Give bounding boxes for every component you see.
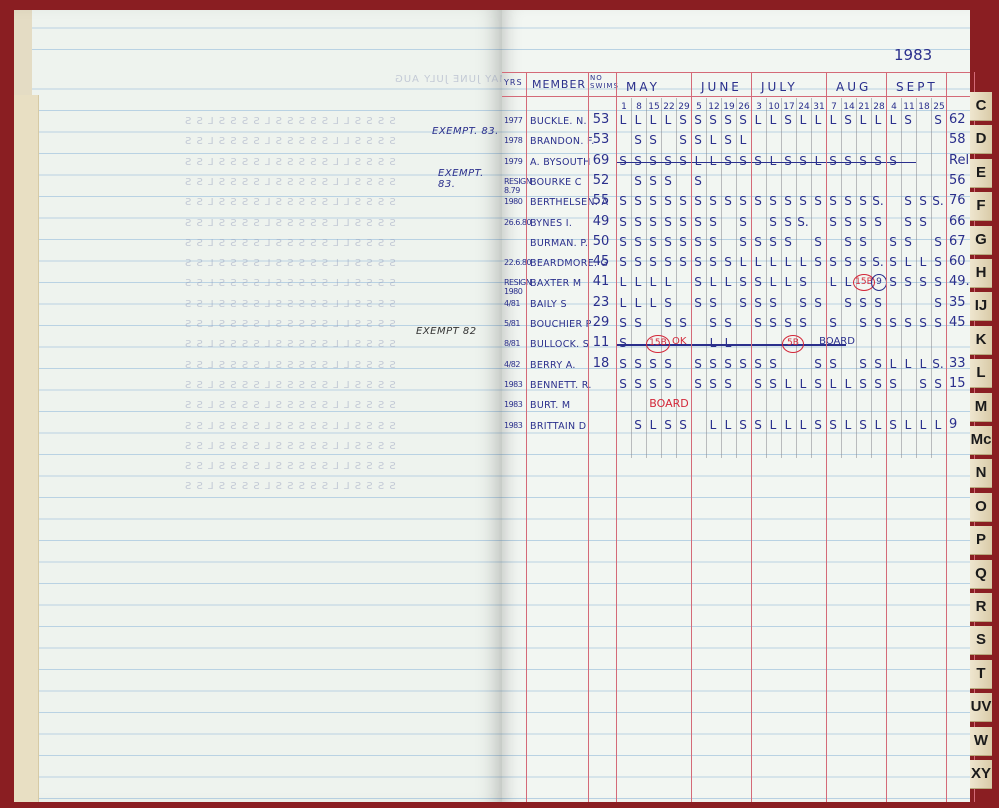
attendance-mark: L (931, 418, 945, 432)
attendance-mark: S (631, 133, 645, 147)
bleed-through-row: S S S S L L S S S S S L S S S S L S S (184, 481, 396, 492)
attendance-mark: L (766, 275, 780, 289)
ledger-spine (992, 0, 999, 808)
attendance-mark: S (661, 174, 675, 188)
member-joined-year: 1983 (504, 421, 528, 430)
bleed-through-row: S S S S L L S S S S S L S S S S L S S (184, 339, 396, 350)
member-joined-year: 22.6.80 (504, 258, 528, 267)
bleed-through-row: S S S S L L S S S S S L S S S S L S S (184, 400, 396, 411)
exempt-note-1: EXEMPT. 83. (432, 126, 499, 137)
month-sept: SEPT (896, 80, 938, 94)
member-row: 1983BURT. MBOARD (502, 395, 970, 415)
attendance-mark: S (886, 154, 900, 168)
attendance-mark: S (661, 215, 675, 229)
member-swim-count: 52 (590, 173, 612, 188)
attendance-mark: S (856, 194, 870, 208)
index-tab-ij[interactable]: IJ (970, 292, 992, 321)
index-tab-xy[interactable]: XY (970, 760, 992, 789)
attendance-mark: S (871, 357, 885, 371)
attendance-mark: S (766, 357, 780, 371)
attendance-mark: L (841, 418, 855, 432)
attendance-mark: S (661, 194, 675, 208)
member-row: 4/81BAILY S23LLLSSSSSSSSSSSS35 (502, 294, 970, 314)
attendance-mark: S (826, 357, 840, 371)
attendance-mark: S (826, 194, 840, 208)
index-tab-h[interactable]: H (970, 259, 992, 288)
attendance-mark: S (751, 235, 765, 249)
attendance-mark: L (871, 418, 885, 432)
attendance-mark: S (856, 418, 870, 432)
member-joined-year: 1983 (504, 400, 528, 409)
index-tab-t[interactable]: T (970, 660, 992, 689)
attendance-mark: S (706, 357, 720, 371)
index-tab-g[interactable]: G (970, 226, 992, 255)
attendance-mark: S (766, 215, 780, 229)
attendance-mark: S (721, 357, 735, 371)
attendance-mark: L (841, 377, 855, 391)
attendance-mark: S (706, 194, 720, 208)
attendance-mark: S (751, 357, 765, 371)
attendance-mark: L (796, 113, 810, 127)
bleed-through-row: S S S S L L S S S S S L S S S S L S S (184, 218, 396, 229)
attendance-mark: S (721, 194, 735, 208)
attendance-mark: L (691, 154, 705, 168)
attendance-mark: S (931, 296, 945, 310)
attendance-mark: S (736, 235, 750, 249)
index-tab-mc[interactable]: Mc (970, 426, 992, 455)
attendance-mark: S (871, 377, 885, 391)
attendance-mark: S (631, 418, 645, 432)
member-swim-count: 23 (590, 295, 612, 310)
attendance-mark: L (886, 113, 900, 127)
attendance-mark: S (676, 255, 690, 269)
attendance-mark: S (661, 316, 675, 330)
attendance-mark: L (751, 113, 765, 127)
attendance-mark: S (631, 194, 645, 208)
bleed-through-row: S S S S L L S S S S S L S S S S L S S (184, 299, 396, 310)
attendance-mark: S (691, 174, 705, 188)
attendance-mark: S (646, 194, 660, 208)
member-row: RESIGN 1980BAXTER M41LLLLSLLSSLLSLL15B9S… (502, 273, 970, 293)
member-row: 1977BUCKLE. N.53LLLLSSSSSLLSLLLSLLLSS62 (502, 111, 970, 131)
attendance-mark: S (886, 377, 900, 391)
member-name: BENNETT. R. (530, 380, 620, 391)
member-swim-count: 69 (590, 153, 612, 168)
attendance-mark: S (721, 377, 735, 391)
strike-through-line (616, 162, 916, 164)
index-tab-q[interactable]: Q (970, 560, 992, 589)
attendance-mark: S (631, 235, 645, 249)
attendance-mark: S (781, 113, 795, 127)
month-july: JULY (761, 80, 798, 94)
member-row: 1983BRITTAIN DSLSSLLSSLLLSSLSLSLLL9 (502, 416, 970, 436)
attendance-mark: S (916, 275, 930, 289)
swim-circle: 9 (871, 274, 887, 291)
attendance-mark: S (901, 235, 915, 249)
attendance-mark: L (706, 275, 720, 289)
attendance-mark: S (796, 154, 810, 168)
attendance-mark: L (916, 357, 930, 371)
bleed-through-row: S S S S L L S S S S S L S S S S L S S (184, 441, 396, 452)
attendance-mark: L (631, 275, 645, 289)
attendance-mark: S (916, 377, 930, 391)
attendance-mark: S (616, 154, 630, 168)
attendance-mark: L (916, 255, 930, 269)
attendance-mark: S (721, 316, 735, 330)
attendance-mark: S (856, 357, 870, 371)
bleed-through-row: S S S S L L S S S S S L S S S S L S S (184, 380, 396, 391)
attendance-mark: S (631, 154, 645, 168)
attendance-mark: S (736, 275, 750, 289)
index-tab-n[interactable]: N (970, 459, 992, 488)
index-tab-o[interactable]: O (970, 493, 992, 522)
member-name: BURT. M (530, 400, 620, 411)
attendance-mark: L (661, 113, 675, 127)
member-row: 8/81BULLOCK. S11SLL15BOK5BBOARD (502, 334, 970, 354)
attendance-mark: S (676, 194, 690, 208)
board-note: BOARD (644, 397, 694, 410)
attendance-mark: S (886, 418, 900, 432)
board-note: BOARD (812, 336, 862, 347)
attendance-mark: S (781, 215, 795, 229)
attendance-mark: S (841, 215, 855, 229)
attendance-mark: S. (931, 194, 945, 208)
attendance-mark: L (901, 255, 915, 269)
month-aug: AUG (836, 80, 871, 94)
attendance-mark: S (751, 377, 765, 391)
attendance-mark: S (856, 235, 870, 249)
bleed-through-row: S S S S L L S S S S S L S S S S L S S (184, 461, 396, 472)
member-joined-year: 5/81 (504, 319, 528, 328)
bleed-through-row: S S S S L L S S S S S L S S S S L S S (184, 136, 396, 147)
attendance-mark: S (736, 357, 750, 371)
attendance-mark: S (691, 275, 705, 289)
attendance-mark: S (736, 154, 750, 168)
attendance-mark: S (646, 357, 660, 371)
index-tab-s[interactable]: S (970, 626, 992, 655)
attendance-mark: L (721, 418, 735, 432)
attendance-mark: S (616, 215, 630, 229)
attendance-mark: S (631, 215, 645, 229)
attendance-mark: S (736, 113, 750, 127)
ledger-year: 1983 (894, 46, 932, 64)
member-row: 26.6.80BYNES I.49SSSSSSSSSSS.SSSSSS66 (502, 213, 970, 233)
index-tab-k[interactable]: K (970, 326, 992, 355)
attendance-mark: S (676, 418, 690, 432)
attendance-mark: S (796, 296, 810, 310)
attendance-mark: S (811, 235, 825, 249)
attendance-mark: L (796, 377, 810, 391)
attendance-mark: S (616, 235, 630, 249)
member-joined-year: 26.6.80 (504, 218, 528, 227)
attendance-mark: L (646, 275, 660, 289)
attendance-mark: S (646, 235, 660, 249)
attendance-mark: S (736, 418, 750, 432)
attendance-mark: S (871, 296, 885, 310)
index-tab-r[interactable]: R (970, 593, 992, 622)
attendance-mark: L (646, 296, 660, 310)
attendance-mark: S (856, 215, 870, 229)
header-num-swims: NO SWIMS (590, 74, 614, 90)
attendance-mark: S (691, 296, 705, 310)
attendance-mark: S (646, 215, 660, 229)
member-name: BRITTAIN D (530, 421, 620, 432)
member-row: 1978BRANDON. F.53SSSSLSL58 (502, 131, 970, 151)
attendance-mark: S (706, 235, 720, 249)
bleed-through-row: S S S S L L S S S S S L S S S S L S S (184, 360, 396, 371)
member-swim-count: 49 (590, 214, 612, 229)
member-row: 1979A. BYSOUTH69SSSSSLLSSSLSSLSSSSSRel (502, 152, 970, 172)
index-tab-d[interactable]: D (970, 125, 992, 154)
attendance-mark: S (751, 275, 765, 289)
attendance-mark: S (811, 255, 825, 269)
attendance-mark: S (616, 336, 630, 350)
attendance-mark: S (886, 255, 900, 269)
member-swim-count: 55 (590, 193, 612, 208)
attendance-mark: S (676, 235, 690, 249)
attendance-mark: L (631, 113, 645, 127)
attendance-mark: S (646, 133, 660, 147)
index-tab-p[interactable]: P (970, 526, 992, 555)
attendance-mark: S (751, 154, 765, 168)
attendance-mark: S (751, 296, 765, 310)
index-tab-f[interactable]: F (970, 192, 992, 221)
attendance-mark: S (901, 194, 915, 208)
attendance-mark: S (901, 113, 915, 127)
attendance-mark: L (871, 113, 885, 127)
attendance-mark: S (721, 154, 735, 168)
board-circle: 15B (646, 335, 670, 353)
bleed-through-row: S S S S L L S S S S S L S S S S L S S (184, 319, 396, 330)
attendance-mark: S (631, 316, 645, 330)
attendance-mark: S (766, 377, 780, 391)
attendance-mark: S (646, 255, 660, 269)
attendance-mark: L (751, 255, 765, 269)
attendance-mark: L (766, 418, 780, 432)
attendance-mark: S (676, 113, 690, 127)
member-row: 22.6.80BEARDMORE. G45SSSSSSSSLLLLLSSSSS.… (502, 253, 970, 273)
attendance-mark: S (856, 377, 870, 391)
attendance-mark: S (661, 235, 675, 249)
header-years: YRS (504, 78, 523, 87)
index-tab-w[interactable]: W (970, 727, 992, 756)
attendance-mark: S (931, 275, 945, 289)
attendance-mark: S (916, 215, 930, 229)
attendance-mark: S (751, 418, 765, 432)
attendance-mark: S. (871, 194, 885, 208)
attendance-mark: S (736, 296, 750, 310)
attendance-mark: L (811, 154, 825, 168)
attendance-mark: S. (931, 357, 945, 371)
attendance-mark: S (616, 357, 630, 371)
attendance-mark: L (826, 377, 840, 391)
attendance-mark: L (616, 113, 630, 127)
attendance-mark: L (646, 418, 660, 432)
index-tab-l[interactable]: L (970, 359, 992, 388)
attendance-mark: S (661, 255, 675, 269)
attendance-mark: S (616, 255, 630, 269)
member-joined-year: 4/81 (504, 299, 528, 308)
index-tab-e[interactable]: E (970, 159, 992, 188)
member-swim-count: 41 (590, 274, 612, 289)
attendance-mark: L (766, 113, 780, 127)
attendance-mark: S (691, 215, 705, 229)
left-page: YRS MEMBER NO SWIMS MAY JUNE JULY AUG S … (14, 10, 502, 802)
attendance-mark: S (841, 235, 855, 249)
member-row: 4/82BERRY A.18SSSSSSSSSSSSSSLLLS.33 (502, 355, 970, 375)
attendance-mark: S (691, 377, 705, 391)
ok-note: OK (672, 336, 686, 347)
attendance-mark: S (931, 235, 945, 249)
member-joined-year: 1980 (504, 197, 528, 206)
attendance-mark: S (856, 255, 870, 269)
attendance-mark: S (901, 215, 915, 229)
attendance-mark: S (781, 235, 795, 249)
attendance-mark: L (646, 113, 660, 127)
member-row: BURMAN. P.50SSSSSSSSSSSSSSSSS67 (502, 233, 970, 253)
member-swim-count: 29 (590, 315, 612, 330)
attendance-mark: S (841, 113, 855, 127)
attendance-mark: S (646, 154, 660, 168)
attendance-mark: L (781, 255, 795, 269)
attendance-mark: S (781, 316, 795, 330)
index-tab-c[interactable]: C (970, 92, 992, 121)
member-swim-count: 11 (590, 335, 612, 350)
attendance-mark: S (661, 154, 675, 168)
attendance-mark: S (616, 316, 630, 330)
attendance-mark: S (691, 113, 705, 127)
attendance-mark: S (811, 357, 825, 371)
bleed-through-row: S S S S L L S S S S S L S S S S L S S (184, 238, 396, 249)
attendance-mark: S (811, 194, 825, 208)
attendance-mark: L (901, 357, 915, 371)
member-row: 1980BERTHELSEN. A55SSSSSSSSSSSSSSSSSS.SS… (502, 192, 970, 212)
attendance-mark: S (811, 377, 825, 391)
member-joined-year: 1979 (504, 157, 528, 166)
attendance-mark: L (721, 336, 735, 350)
attendance-mark: S (931, 377, 945, 391)
attendance-mark: S (901, 275, 915, 289)
attendance-mark: S (661, 377, 675, 391)
bleed-through-row: S S S S L L S S S S S L S S S S L S S (184, 177, 396, 188)
bleed-through-row: S S S S L L S S S S S L S S S S L S S (184, 258, 396, 269)
attendance-mark: S (661, 357, 675, 371)
member-swim-count: 45 (590, 254, 612, 269)
attendance-mark: S (691, 357, 705, 371)
member-joined-year: 4/82 (504, 360, 528, 369)
attendance-mark: L (631, 296, 645, 310)
index-tab-uv[interactable]: UV (970, 693, 992, 722)
attendance-mark: S (676, 133, 690, 147)
attendance-mark: S (736, 215, 750, 229)
attendance-mark: S (901, 316, 915, 330)
attendance-mark: S (886, 275, 900, 289)
attendance-mark: S (916, 194, 930, 208)
attendance-mark: S (931, 255, 945, 269)
attendance-mark: L (916, 418, 930, 432)
attendance-mark: L (781, 377, 795, 391)
attendance-mark: L (661, 275, 675, 289)
member-swim-count: 50 (590, 234, 612, 249)
bleed-through-row: S S S S L L S S S S S L S S S S L S S (184, 116, 396, 127)
bleed-through-row: S S S S L L S S S S S L S S S S L S S (184, 278, 396, 289)
attendance-mark: S (766, 235, 780, 249)
member-joined-year: 8/81 (504, 339, 528, 348)
member-row: 5/81BOUCHIER P29SSSSSSSSSSSSSSSSS45 (502, 314, 970, 334)
attendance-mark: L (706, 418, 720, 432)
attendance-mark: S (781, 194, 795, 208)
attendance-mark: S (676, 316, 690, 330)
attendance-mark: S (706, 377, 720, 391)
attendance-mark: S. (871, 255, 885, 269)
attendance-mark: S (766, 316, 780, 330)
attendance-mark: S (751, 316, 765, 330)
index-tab-m[interactable]: M (970, 393, 992, 422)
attendance-mark: L (796, 418, 810, 432)
attendance-mark: L (766, 255, 780, 269)
attendance-mark: L (811, 113, 825, 127)
attendance-mark: S (871, 316, 885, 330)
attendance-mark: S (661, 296, 675, 310)
attendance-mark: S (886, 316, 900, 330)
attendance-mark: L (721, 275, 735, 289)
attendance-mark: S (871, 154, 885, 168)
attendance-mark: S (781, 154, 795, 168)
attendance-mark: L (766, 154, 780, 168)
attendance-mark: S (676, 154, 690, 168)
attendance-mark: S (631, 377, 645, 391)
attendance-mark: S (751, 194, 765, 208)
attendance-mark: S (856, 296, 870, 310)
attendance-mark: S (856, 316, 870, 330)
attendance-mark: L (886, 357, 900, 371)
attendance-mark: S (811, 296, 825, 310)
attendance-mark: S (616, 194, 630, 208)
attendance-mark: L (826, 275, 840, 289)
attendance-mark: S (826, 255, 840, 269)
attendance-mark: S (691, 133, 705, 147)
binding-strip (14, 95, 39, 802)
attendance-mark: S (811, 418, 825, 432)
attendance-mark: L (781, 275, 795, 289)
attendance-mark: S (856, 154, 870, 168)
attendance-mark: S (916, 316, 930, 330)
alphabet-index-tabs: CDEFGHIJKLMMcNOPQRSTUVWXY (970, 92, 992, 800)
attendance-mark: S (706, 113, 720, 127)
attendance-mark: S (706, 215, 720, 229)
attendance-mark: S (826, 418, 840, 432)
attendance-mark: S (706, 296, 720, 310)
attendance-mark: S (691, 194, 705, 208)
attendance-mark: S. (796, 215, 810, 229)
attendance-mark: L (796, 255, 810, 269)
attendance-mark: S (766, 296, 780, 310)
attendance-mark: S (721, 133, 735, 147)
member-joined-year: 1978 (504, 136, 528, 145)
attendance-mark: L (706, 336, 720, 350)
attendance-mark: S (841, 154, 855, 168)
attendance-mark: S (736, 194, 750, 208)
attendance-mark: S (796, 316, 810, 330)
attendance-mark: S (886, 235, 900, 249)
attendance-mark: S (706, 255, 720, 269)
attendance-mark: S (646, 174, 660, 188)
exempt-note-2: EXEMPT. 83. (438, 168, 502, 190)
member-joined-year: 1977 (504, 116, 528, 125)
bleed-through-row: S S S S L L S S S S S L S S S S L S S (184, 157, 396, 168)
board-circle: 5B (782, 335, 804, 353)
member-row: 1983BENNETT. R.SSSSSSSSSLLSLLSSSSS15 (502, 375, 970, 395)
